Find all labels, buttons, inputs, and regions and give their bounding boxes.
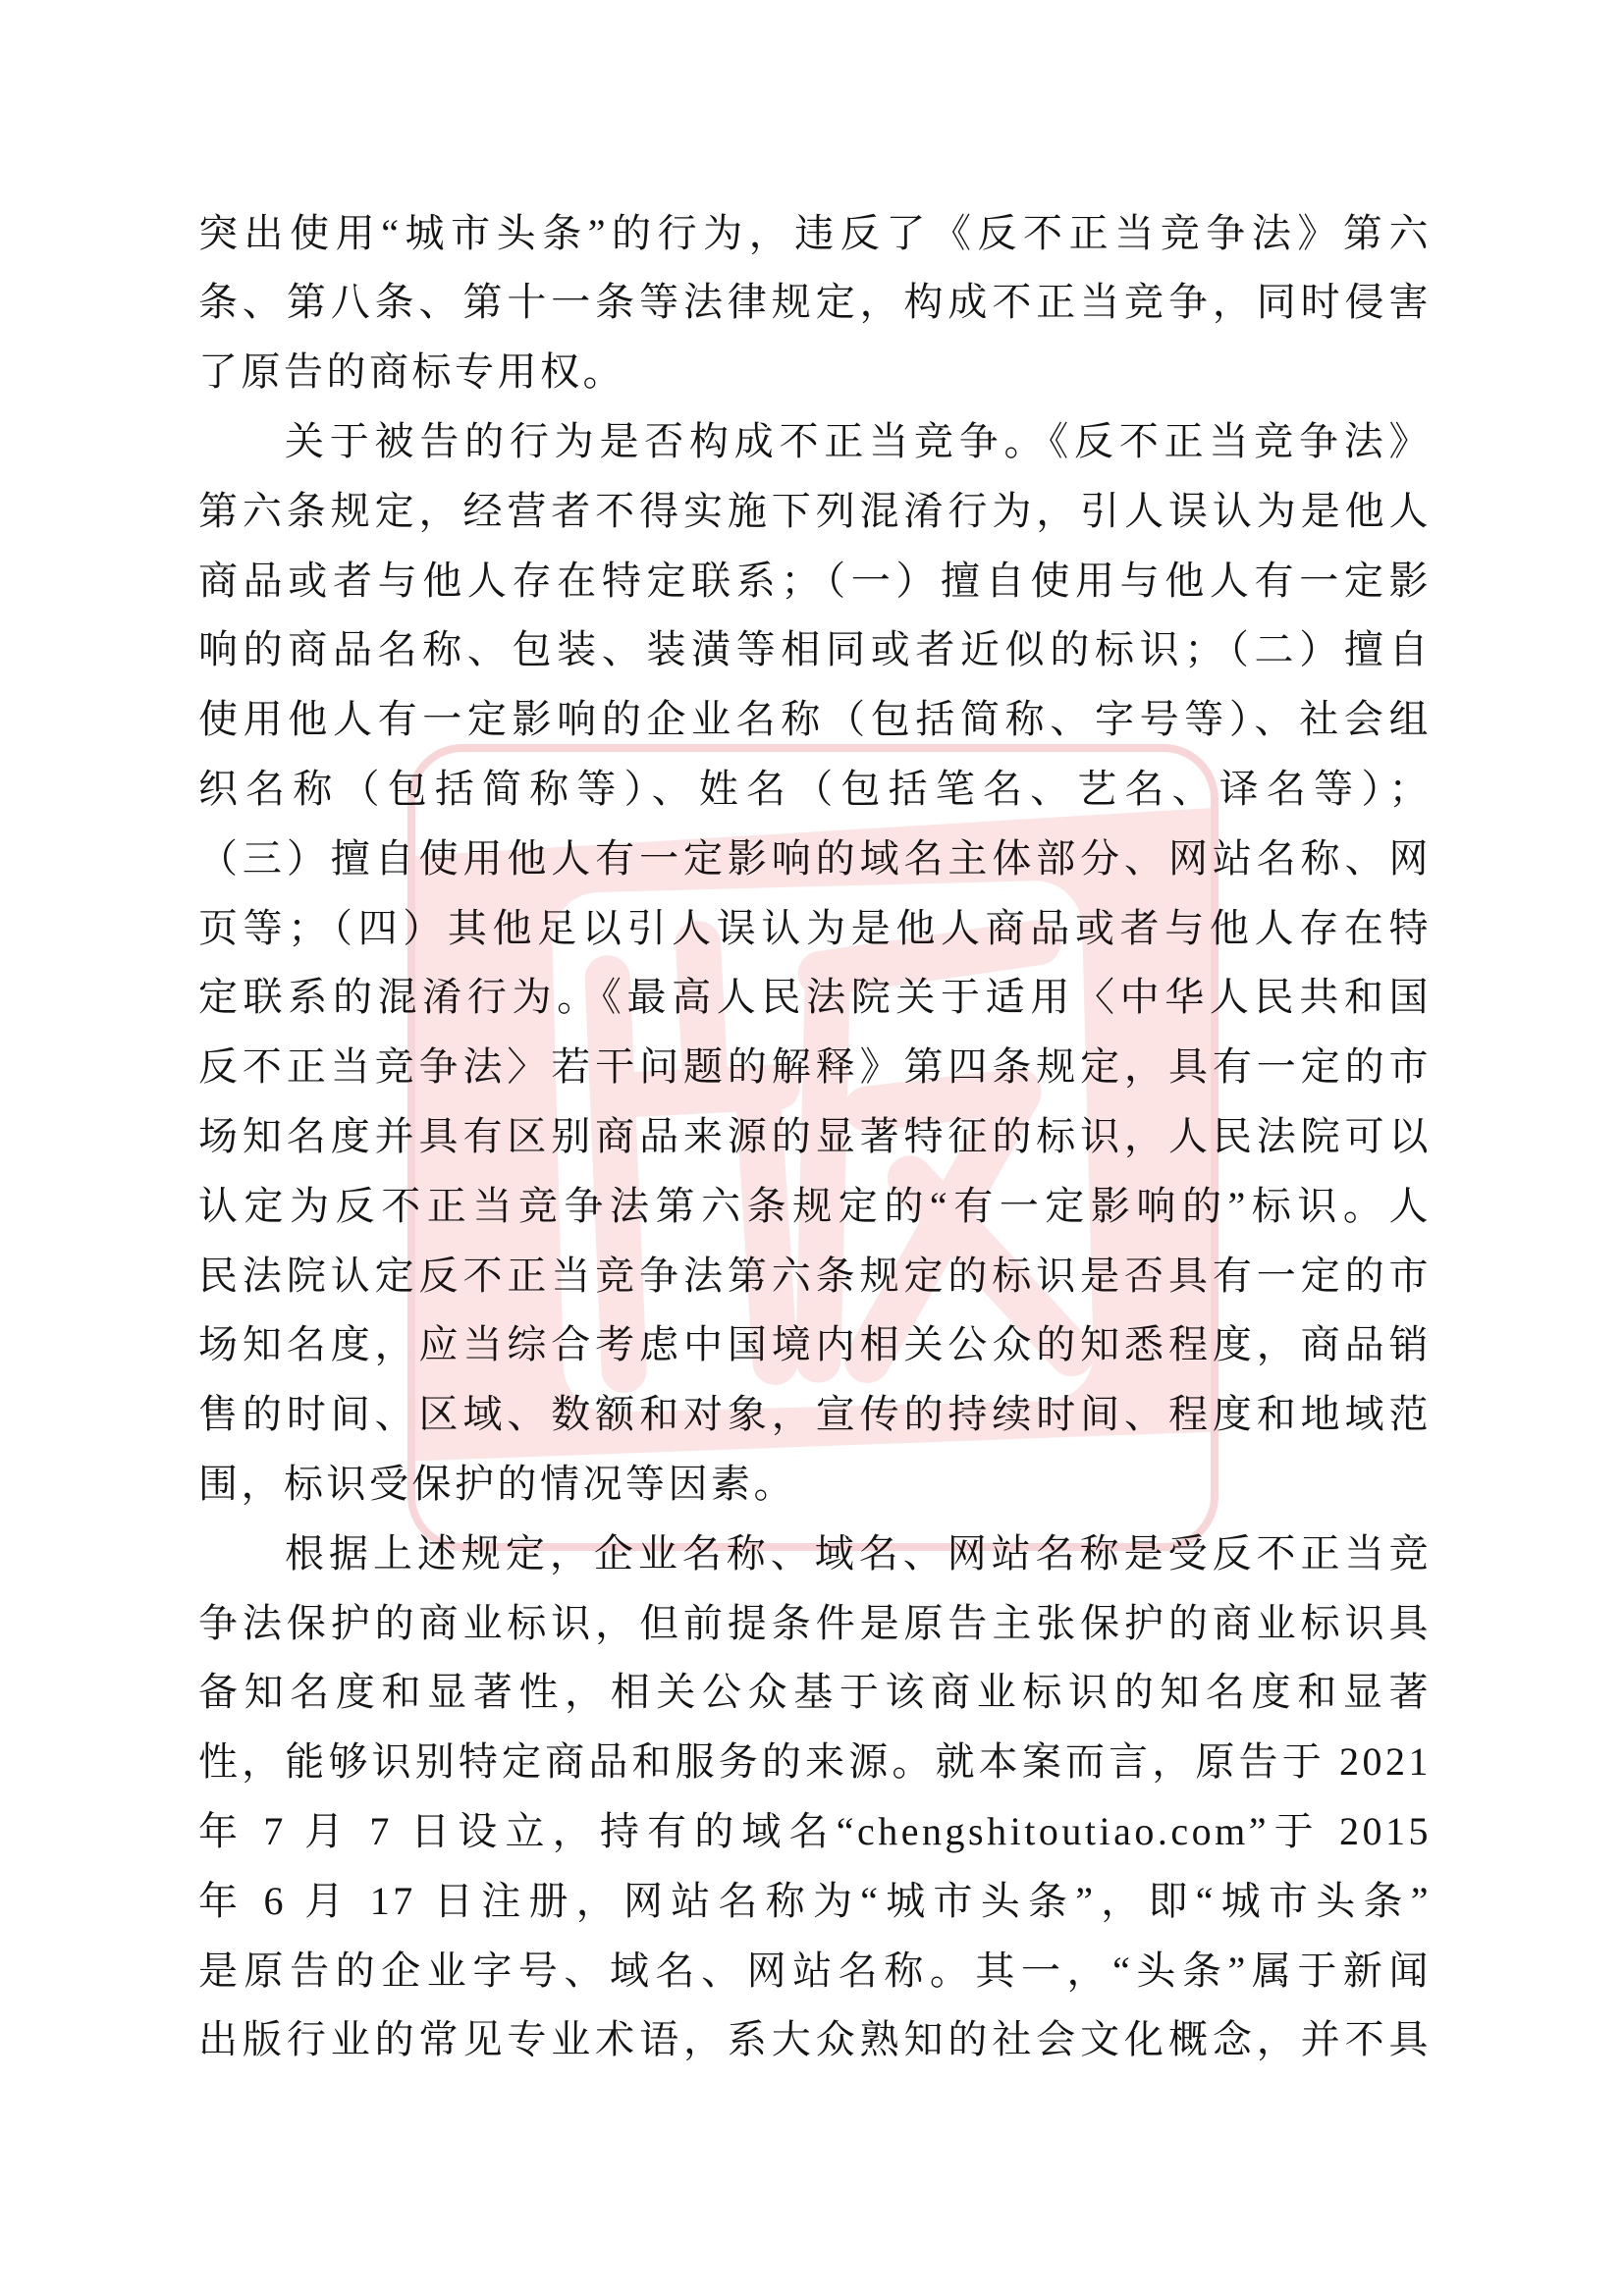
text-line: 织名称（包括简称等）、姓名（包括笔名、艺名、译名等）； bbox=[198, 755, 1432, 825]
text-line: 场知名度，应当综合考虑中国境内相关公众的知悉程度，商品销 bbox=[198, 1310, 1432, 1380]
text-line: 页等；（四）其他足以引人误认为是他人商品或者与他人存在特 bbox=[198, 894, 1432, 964]
text-line: 年 7 月 7 日设立，持有的域名“chengshitoutiao.com”于 … bbox=[198, 1797, 1432, 1867]
paragraph-1: 突出使用“城市头条”的行为，违反了《反不正当竞争法》第六 条、第八条、第十一条等… bbox=[198, 199, 1432, 407]
document-body: 突出使用“城市头条”的行为，违反了《反不正当竞争法》第六 条、第八条、第十一条等… bbox=[198, 199, 1432, 2076]
text-line: 使用他人有一定影响的企业名称（包括简称、字号等）、社会组 bbox=[198, 685, 1432, 755]
text-line: 售的时间、区域、数额和对象，宣传的持续时间、程度和地域范 bbox=[198, 1380, 1432, 1450]
text-line: 商品或者与他人存在特定联系；（一）擅自使用与他人有一定影 bbox=[198, 547, 1432, 616]
text-line: 关于被告的行为是否构成不正当竞争。《反不正当竞争法》 bbox=[198, 407, 1432, 477]
text-line: 第六条规定，经营者不得实施下列混淆行为，引人误认为是他人 bbox=[198, 477, 1432, 547]
document-page: 突出使用“城市头条”的行为，违反了《反不正当竞争法》第六 条、第八条、第十一条等… bbox=[0, 0, 1624, 2296]
text-line: 年 6 月 17 日注册，网站名称为“城市头条”，即“城市头条” bbox=[198, 1867, 1432, 1937]
text-line: （三）擅自使用他人有一定影响的域名主体部分、网站名称、网 bbox=[198, 825, 1432, 894]
text-line: 性，能够识别特定商品和服务的来源。就本案而言，原告于 2021 bbox=[198, 1728, 1432, 1797]
text-line: 出版行业的常见专业术语，系大众熟知的社会文化概念，并不具 bbox=[198, 2005, 1432, 2075]
text-line: 是原告的企业字号、域名、网站名称。其一，“头条”属于新闻 bbox=[198, 1937, 1432, 2006]
text-line: 突出使用“城市头条”的行为，违反了《反不正当竞争法》第六 bbox=[198, 199, 1432, 269]
paragraph-2: 关于被告的行为是否构成不正当竞争。《反不正当竞争法》 第六条规定，经营者不得实施… bbox=[198, 407, 1432, 1520]
text-line: 反不正当竞争法〉若干问题的解释》第四条规定，具有一定的市 bbox=[198, 1033, 1432, 1102]
text-line: 认定为反不正当竞争法第六条规定的“有一定影响的”标识。人 bbox=[198, 1172, 1432, 1242]
text-line: 围，标识受保护的情况等因素。 bbox=[198, 1450, 1432, 1520]
text-line: 响的商品名称、包装、装潢等相同或者近似的标识；（二）擅自 bbox=[198, 615, 1432, 685]
text-line: 民法院认定反不正当竞争法第六条规定的标识是否具有一定的市 bbox=[198, 1242, 1432, 1311]
text-line: 根据上述规定，企业名称、域名、网站名称是受反不正当竞 bbox=[198, 1520, 1432, 1589]
text-line: 了原告的商标专用权。 bbox=[198, 338, 1432, 407]
text-line: 备知名度和显著性，相关公众基于该商业标识的知名度和显著 bbox=[198, 1658, 1432, 1728]
text-line: 争法保护的商业标识，但前提条件是原告主张保护的商业标识具 bbox=[198, 1589, 1432, 1659]
text-line: 条、第八条、第十一条等法律规定，构成不正当竞争，同时侵害 bbox=[198, 268, 1432, 338]
paragraph-3: 根据上述规定，企业名称、域名、网站名称是受反不正当竞 争法保护的商业标识，但前提… bbox=[198, 1520, 1432, 2075]
text-line: 场知名度并具有区别商品来源的显著特征的标识，人民法院可以 bbox=[198, 1102, 1432, 1172]
text-line: 定联系的混淆行为。《最高人民法院关于适用〈中华人民共和国 bbox=[198, 963, 1432, 1033]
